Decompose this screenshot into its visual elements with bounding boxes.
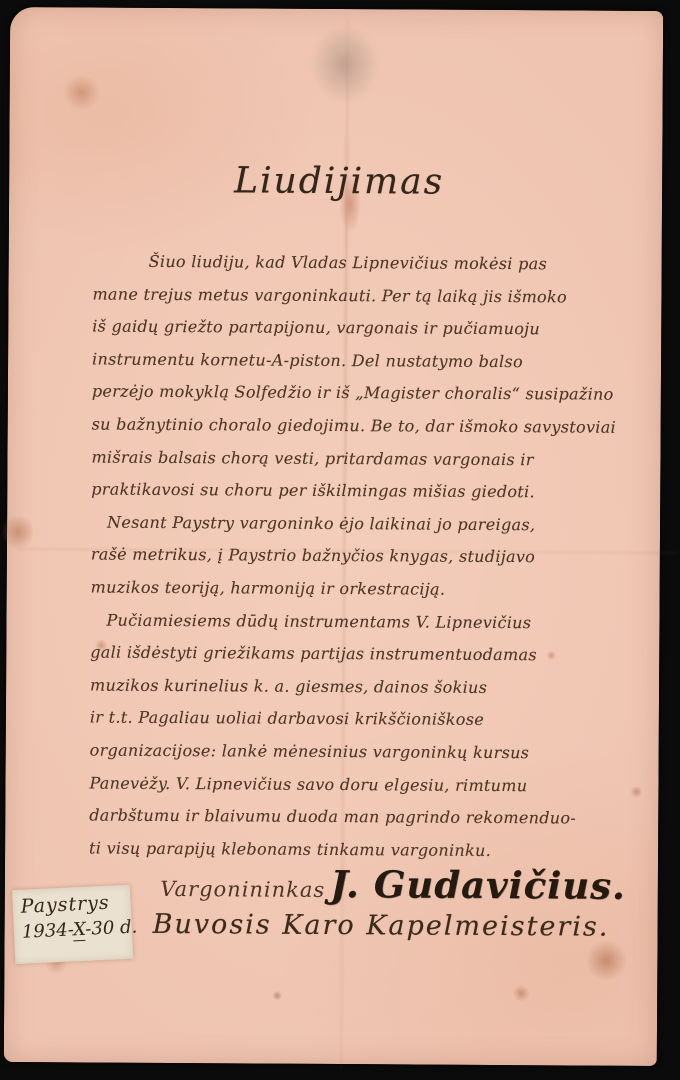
stain bbox=[512, 985, 530, 1001]
document-paper: Liudijimas Šiuo liudiju, kad Vladas Lipn… bbox=[4, 7, 663, 1066]
stamp-date-year: 1934- bbox=[21, 919, 73, 942]
document-title: Liudijimas bbox=[9, 159, 669, 204]
signature-name: J. Gudavičius. bbox=[330, 862, 626, 908]
scan-background: { "doc": { "title": "Liudijimas", "lines… bbox=[0, 0, 680, 1080]
stain bbox=[584, 941, 628, 981]
handwritten-line: gali išdėstyti griežikams partijas instr… bbox=[90, 637, 650, 673]
handwritten-line: mišrais balsais chorą vesti, pritardamas… bbox=[91, 441, 651, 477]
handwritten-line: Panevėžy. V. Lipnevičius savo doru elges… bbox=[89, 767, 649, 803]
handwritten-line: iš gaidų griežto partapijonu, vargonais … bbox=[92, 311, 652, 347]
handwritten-line: Šiuo liudiju, kad Vladas Lipnevičius mok… bbox=[93, 246, 653, 282]
handwritten-line: Pučiamiesiems dūdų instrumentams V. Lipn… bbox=[90, 604, 650, 640]
signature-role: Vargonininkas bbox=[160, 877, 325, 902]
stamp-date: 1934-X-30 d. bbox=[21, 915, 132, 946]
stain bbox=[272, 991, 282, 1001]
handwritten-line: Nesant Paystry vargoninko ėjo laikinai j… bbox=[91, 506, 651, 542]
handwritten-line: perzėjo mokyklą Solfedžio ir iš „Magiste… bbox=[92, 376, 652, 412]
closing-line: Buvosis Karo Kapelmeisteris. bbox=[153, 909, 610, 943]
stamp-date-day: -30 d. bbox=[85, 916, 138, 939]
stain bbox=[62, 75, 102, 109]
handwritten-line: rašė metrikus, į Paystrio bažnyčios knyg… bbox=[91, 539, 651, 575]
date-label: Paystrys 1934-X-30 d. bbox=[12, 885, 133, 964]
handwritten-line: mane trejus metus vargoninkauti. Per tą … bbox=[92, 278, 652, 314]
handwritten-line: ir t.t. Pagaliau uoliai darbavosi krikšč… bbox=[90, 702, 650, 738]
signature-block: Vargonininkas J. Gudavičius. bbox=[160, 861, 626, 908]
document-body: Šiuo liudiju, kad Vladas Lipnevičius mok… bbox=[89, 246, 653, 869]
handwritten-line: muzikos teoriją, harmoniją ir orkestraci… bbox=[91, 571, 651, 607]
handwritten-line: praktikavosi su choru per iškilmingas mi… bbox=[91, 474, 651, 510]
handwritten-line: muzikos kurinelius k. a. giesmes, dainos… bbox=[90, 669, 650, 705]
handwritten-line: su bažnytinio choralo giedojimu. Be to, … bbox=[92, 408, 652, 444]
stain bbox=[3, 512, 33, 552]
handwritten-line: instrumentu kornetu-A-piston. Del nustat… bbox=[92, 343, 652, 379]
handwritten-line: darbštumu ir blaivumu duoda man pagrindo… bbox=[89, 800, 649, 836]
handwritten-line: organizacijose: lankė mėnesinius vargoni… bbox=[90, 734, 650, 770]
